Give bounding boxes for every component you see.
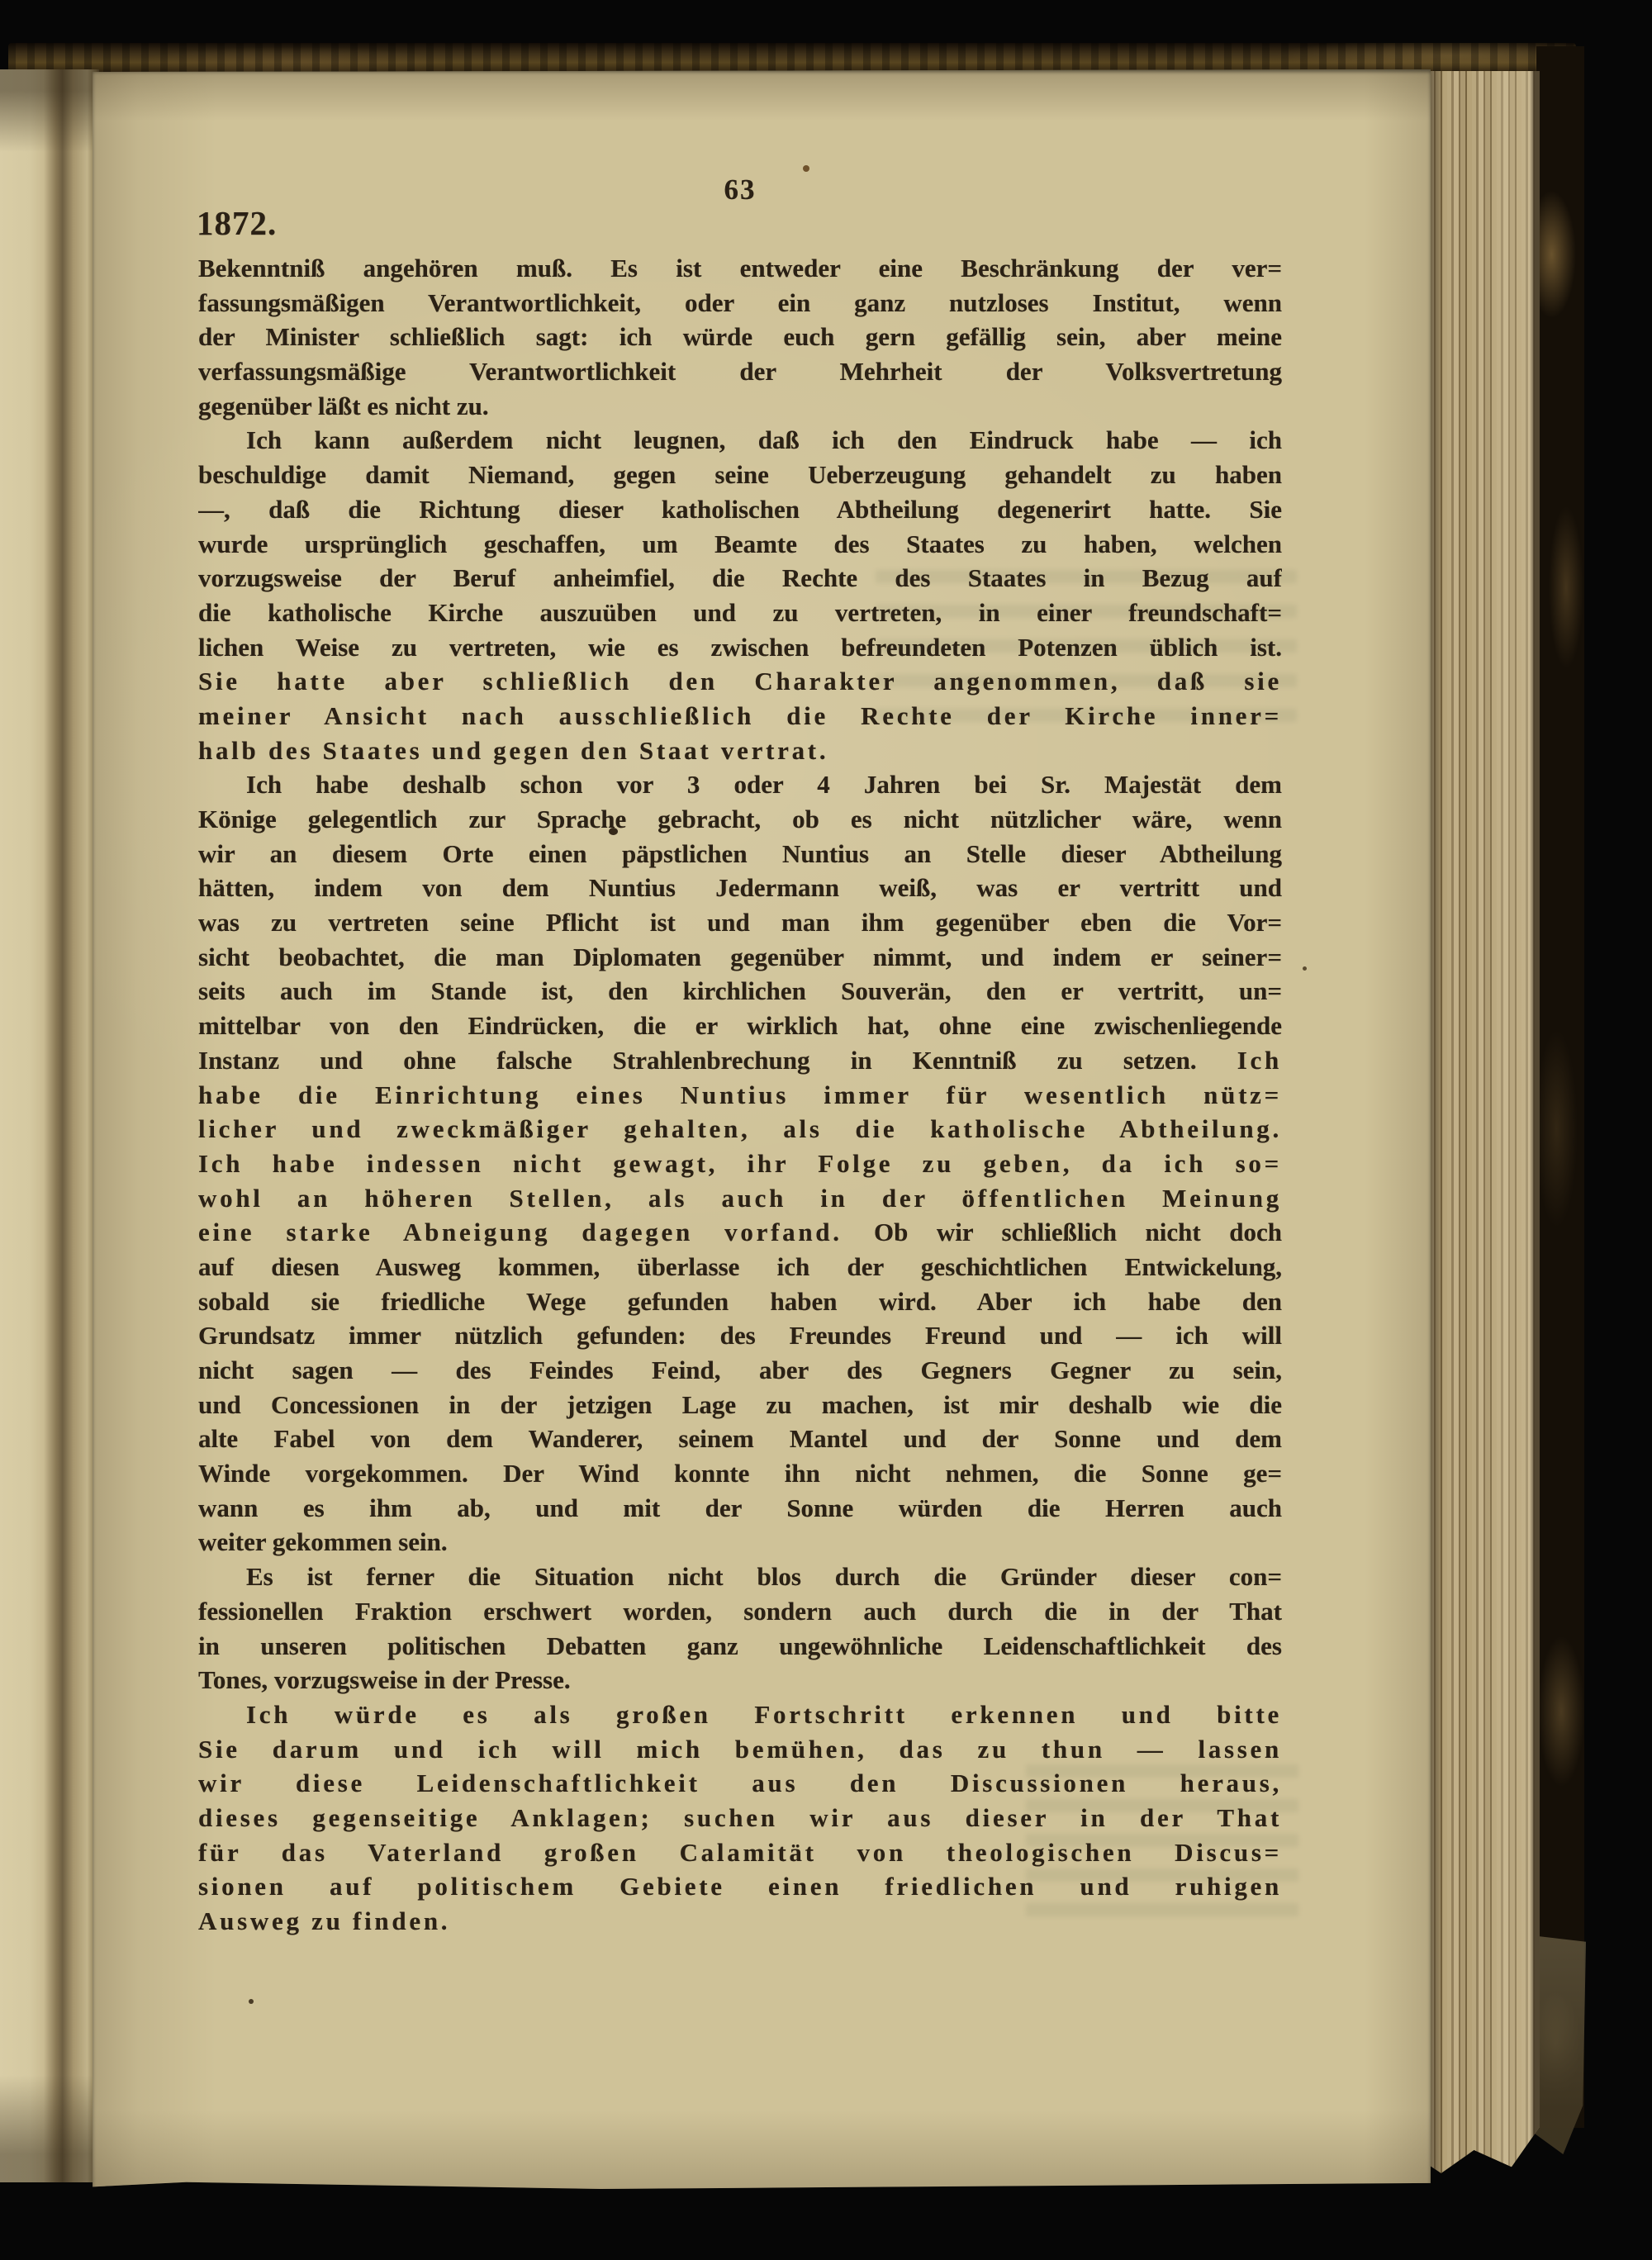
text-line: mittelbar von den Eindrücken, die er wir…: [198, 1009, 1282, 1043]
text-line: lichen Weise zu vertreten, wie es zwisch…: [198, 630, 1282, 665]
emphasized-text: sionen auf politischem Gebiete einen fri…: [198, 1872, 1282, 1901]
body-text: wann es ihm ab, und mit der Sonne würden…: [198, 1493, 1282, 1522]
emphasized-text: licher und zweckmäßiger gehalten, als di…: [198, 1114, 1282, 1143]
text-line: sionen auf politischem Gebiete einen fri…: [198, 1869, 1282, 1904]
emphasized-text: eine starke Abneigung dagegen vorfand.: [198, 1218, 874, 1246]
body-text: wir an diesem Orte einen päpstlichen Nun…: [198, 839, 1282, 868]
body-text: fassungsmäßigen Verantwortlichkeit, oder…: [198, 288, 1282, 317]
text-line: was zu vertreten seine Pflicht ist und m…: [198, 905, 1282, 940]
year-heading: 1872.: [197, 203, 277, 243]
body-text: sicht beobachtet, die man Diplomaten geg…: [198, 942, 1282, 971]
paper-speck: [1303, 966, 1307, 971]
text-line: der Minister schließlich sagt: ich würde…: [198, 320, 1282, 354]
body-text: Bekenntniß angehören muß. Es ist entwede…: [198, 254, 1282, 282]
text-line: habe die Einrichtung eines Nuntius immer…: [198, 1078, 1282, 1113]
emphasized-text: meiner Ansicht nach ausschließlich die R…: [198, 701, 1282, 730]
paper-speck: [803, 165, 809, 172]
body-text: in unseren politischen Debatten ganz ung…: [198, 1631, 1282, 1660]
text-line: wohl an höheren Stellen, als auch in der…: [198, 1181, 1282, 1216]
page-number: 63: [198, 173, 1282, 207]
body-text: was zu vertreten seine Pflicht ist und m…: [198, 908, 1282, 937]
text-line: fessionellen Fraktion erschwert worden, …: [198, 1594, 1282, 1629]
body-text: seits auch im Stande ist, den kirchliche…: [198, 976, 1282, 1005]
text-line: auf diesen Ausweg kommen, überlasse ich …: [198, 1250, 1282, 1284]
text-line: Sie darum und ich will mich bemühen, das…: [198, 1732, 1282, 1767]
text-line: halb des Staates und gegen den Staat ver…: [198, 734, 1282, 768]
body-text: alte Fabel von dem Wanderer, seinem Mant…: [198, 1424, 1282, 1453]
text-line: Es ist ferner die Situation nicht blos d…: [198, 1560, 1282, 1594]
text-line: verfassungsmäßige Verantwortlichkeit der…: [198, 354, 1282, 389]
text-line: Instanz und ohne falsche Strahlenbrechun…: [198, 1043, 1282, 1078]
emphasized-text: habe die Einrichtung eines Nuntius immer…: [198, 1080, 1282, 1109]
text-line: Könige gelegentlich zur Sprache gebracht…: [198, 802, 1282, 837]
text-line: Grundsatz immer nützlich gefunden: des F…: [198, 1318, 1282, 1353]
book-cover-right-edge: [1536, 46, 1584, 2128]
paper-speck: [249, 1999, 254, 2004]
body-text: und Concessionen in der jetzigen Lage zu…: [198, 1390, 1282, 1419]
emphasized-text: Ich habe indessen nicht gewagt, ihr Folg…: [198, 1149, 1282, 1178]
body-text: Tones, vorzugsweise in der Presse.: [198, 1665, 571, 1694]
book-page: 63 1872. Bekenntniß angehören muß. Es is…: [93, 69, 1431, 2189]
text-line: licher und zweckmäßiger gehalten, als di…: [198, 1112, 1282, 1147]
body-text: mittelbar von den Eindrücken, die er wir…: [198, 1011, 1282, 1040]
body-text: Es ist ferner die Situation nicht blos d…: [246, 1562, 1282, 1591]
text-line: Winde vorgekommen. Der Wind konnte ihn n…: [198, 1456, 1282, 1491]
body-text: der Minister schließlich sagt: ich würde…: [198, 322, 1282, 351]
text-line: weiter gekommen sein.: [198, 1525, 1282, 1560]
text-block: Bekenntniß angehören muß. Es ist entwede…: [198, 251, 1282, 1939]
emphasized-text: Sie hatte aber schließlich den Charakter…: [198, 667, 1282, 696]
body-text: Ich kann außerdem nicht leugnen, daß ich…: [246, 425, 1282, 454]
page-stack-fore-edge: [1422, 71, 1540, 2177]
body-text: —, daß die Richtung dieser katholischen …: [198, 495, 1282, 524]
text-line: gegenüber läßt es nicht zu.: [198, 389, 1282, 424]
text-line: Bekenntniß angehören muß. Es ist entwede…: [198, 251, 1282, 286]
text-line: sobald sie friedliche Wege gefunden habe…: [198, 1284, 1282, 1319]
emphasized-text: Ich würde es als großen Fortschritt erke…: [246, 1700, 1282, 1729]
body-text: beschuldige damit Niemand, gegen seine U…: [198, 460, 1282, 489]
body-text: Instanz und ohne falsche Strahlenbrechun…: [198, 1046, 1237, 1075]
text-line: Sie hatte aber schließlich den Charakter…: [198, 664, 1282, 699]
body-text: Grundsatz immer nützlich gefunden: des F…: [198, 1321, 1282, 1350]
text-line: seits auch im Stande ist, den kirchliche…: [198, 974, 1282, 1009]
body-text: hätten, indem von dem Nuntius Jedermann …: [198, 873, 1282, 902]
text-line: fassungsmäßigen Verantwortlichkeit, oder…: [198, 286, 1282, 320]
gutter-page-edge: [0, 69, 99, 2182]
text-line: Ich habe indessen nicht gewagt, ihr Folg…: [198, 1147, 1282, 1181]
body-text: wurde ursprünglich geschaffen, um Beamte…: [198, 529, 1282, 558]
emphasized-text: wohl an höheren Stellen, als auch in der…: [198, 1184, 1282, 1213]
text-line: wir an diesem Orte einen päpstlichen Nun…: [198, 837, 1282, 871]
body-text: verfassungsmäßige Verantwortlichkeit der…: [198, 357, 1282, 386]
body-text: nicht sagen — des Feindes Feind, aber de…: [198, 1356, 1282, 1384]
body-text: weiter gekommen sein.: [198, 1527, 448, 1556]
text-line: wurde ursprünglich geschaffen, um Beamte…: [198, 527, 1282, 562]
body-text: Ich habe deshalb schon vor 3 oder 4 Jahr…: [246, 770, 1282, 799]
emphasized-text: für das Vaterland großen Calamität von t…: [198, 1838, 1282, 1867]
emphasized-text: Ausweg zu finden.: [198, 1906, 450, 1935]
text-line: sicht beobachtet, die man Diplomaten geg…: [198, 940, 1282, 975]
emphasized-text: halb des Staates und gegen den Staat ver…: [198, 736, 828, 765]
text-line: wann es ihm ab, und mit der Sonne würden…: [198, 1491, 1282, 1526]
text-line: Tones, vorzugsweise in der Presse.: [198, 1663, 1282, 1697]
text-line: Ich habe deshalb schon vor 3 oder 4 Jahr…: [198, 767, 1282, 802]
emphasized-text: dieses gegenseitige Anklagen; suchen wir…: [198, 1803, 1282, 1832]
body-text: Ob wir schließlich nicht doch: [874, 1218, 1282, 1246]
body-text: gegenüber läßt es nicht zu.: [198, 392, 489, 420]
body-text: Könige gelegentlich zur Sprache gebracht…: [198, 805, 1282, 833]
text-line: eine starke Abneigung dagegen vorfand. O…: [198, 1215, 1282, 1250]
emphasized-text: wir diese Leidenschaftlichkeit aus den D…: [198, 1769, 1282, 1797]
body-text: vorzugsweise der Beruf anheimfiel, die R…: [198, 563, 1282, 592]
body-text: auf diesen Ausweg kommen, überlasse ich …: [198, 1252, 1282, 1281]
text-line: und Concessionen in der jetzigen Lage zu…: [198, 1388, 1282, 1422]
body-text: fessionellen Fraktion erschwert worden, …: [198, 1597, 1282, 1626]
text-line: nicht sagen — des Feindes Feind, aber de…: [198, 1353, 1282, 1388]
text-line: vorzugsweise der Beruf anheimfiel, die R…: [198, 561, 1282, 596]
text-line: hätten, indem von dem Nuntius Jedermann …: [198, 871, 1282, 905]
text-line: Ausweg zu finden.: [198, 1904, 1282, 1939]
text-line: Ich kann außerdem nicht leugnen, daß ich…: [198, 423, 1282, 458]
text-line: wir diese Leidenschaftlichkeit aus den D…: [198, 1766, 1282, 1801]
body-text: lichen Weise zu vertreten, wie es zwisch…: [198, 633, 1282, 662]
scanned-book-photo: 63 1872. Bekenntniß angehören muß. Es is…: [0, 0, 1652, 2260]
text-line: dieses gegenseitige Anklagen; suchen wir…: [198, 1801, 1282, 1835]
text-line: meiner Ansicht nach ausschließlich die R…: [198, 699, 1282, 734]
text-line: Ich würde es als großen Fortschritt erke…: [198, 1697, 1282, 1732]
text-line: —, daß die Richtung dieser katholischen …: [198, 492, 1282, 527]
emphasized-text: Ich: [1237, 1046, 1282, 1075]
text-line: alte Fabel von dem Wanderer, seinem Mant…: [198, 1422, 1282, 1456]
body-text: die katholische Kirche auszuüben und zu …: [198, 598, 1282, 627]
text-line: für das Vaterland großen Calamität von t…: [198, 1835, 1282, 1870]
emphasized-text: Sie darum und ich will mich bemühen, das…: [198, 1735, 1282, 1764]
text-line: die katholische Kirche auszuüben und zu …: [198, 596, 1282, 630]
text-line: beschuldige damit Niemand, gegen seine U…: [198, 458, 1282, 492]
body-text: sobald sie friedliche Wege gefunden habe…: [198, 1287, 1282, 1316]
body-text: Winde vorgekommen. Der Wind konnte ihn n…: [198, 1459, 1282, 1488]
text-line: in unseren politischen Debatten ganz ung…: [198, 1629, 1282, 1664]
